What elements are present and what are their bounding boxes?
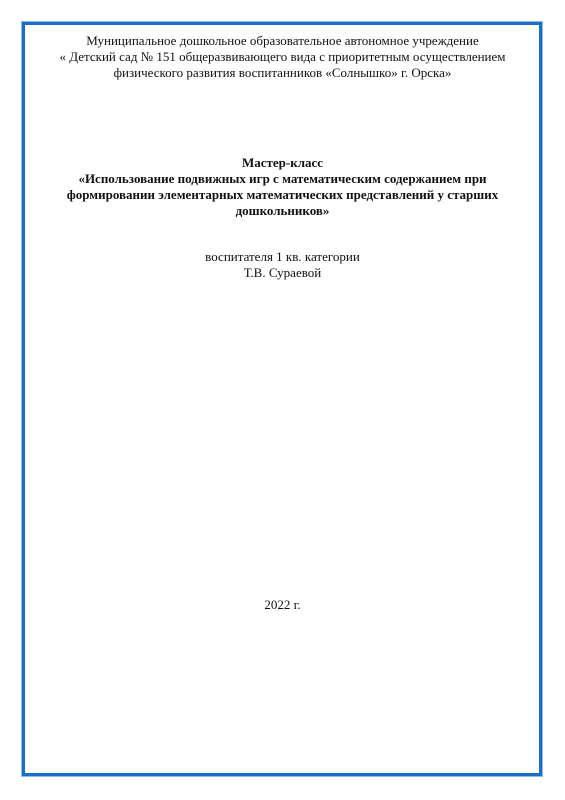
title-line-2: формировании элементарных математических…	[0, 187, 565, 203]
document-kind: Мастер-класс	[0, 155, 565, 171]
institution-line-2: « Детский сад № 151 общеразвивающего вид…	[0, 49, 565, 65]
institution-line-1: Муниципальное дошкольное образовательное…	[0, 33, 565, 49]
author-name: Т.В. Сураевой	[0, 265, 565, 281]
title-line-1: «Использование подвижных игр с математич…	[0, 171, 565, 187]
institution-line-3: физического развития воспитанников «Солн…	[0, 65, 565, 81]
year: 2022 г.	[0, 597, 565, 613]
title-line-3: дошкольников»	[0, 203, 565, 219]
author-position: воспитателя 1 кв. категории	[0, 249, 565, 265]
page-border	[22, 22, 542, 776]
